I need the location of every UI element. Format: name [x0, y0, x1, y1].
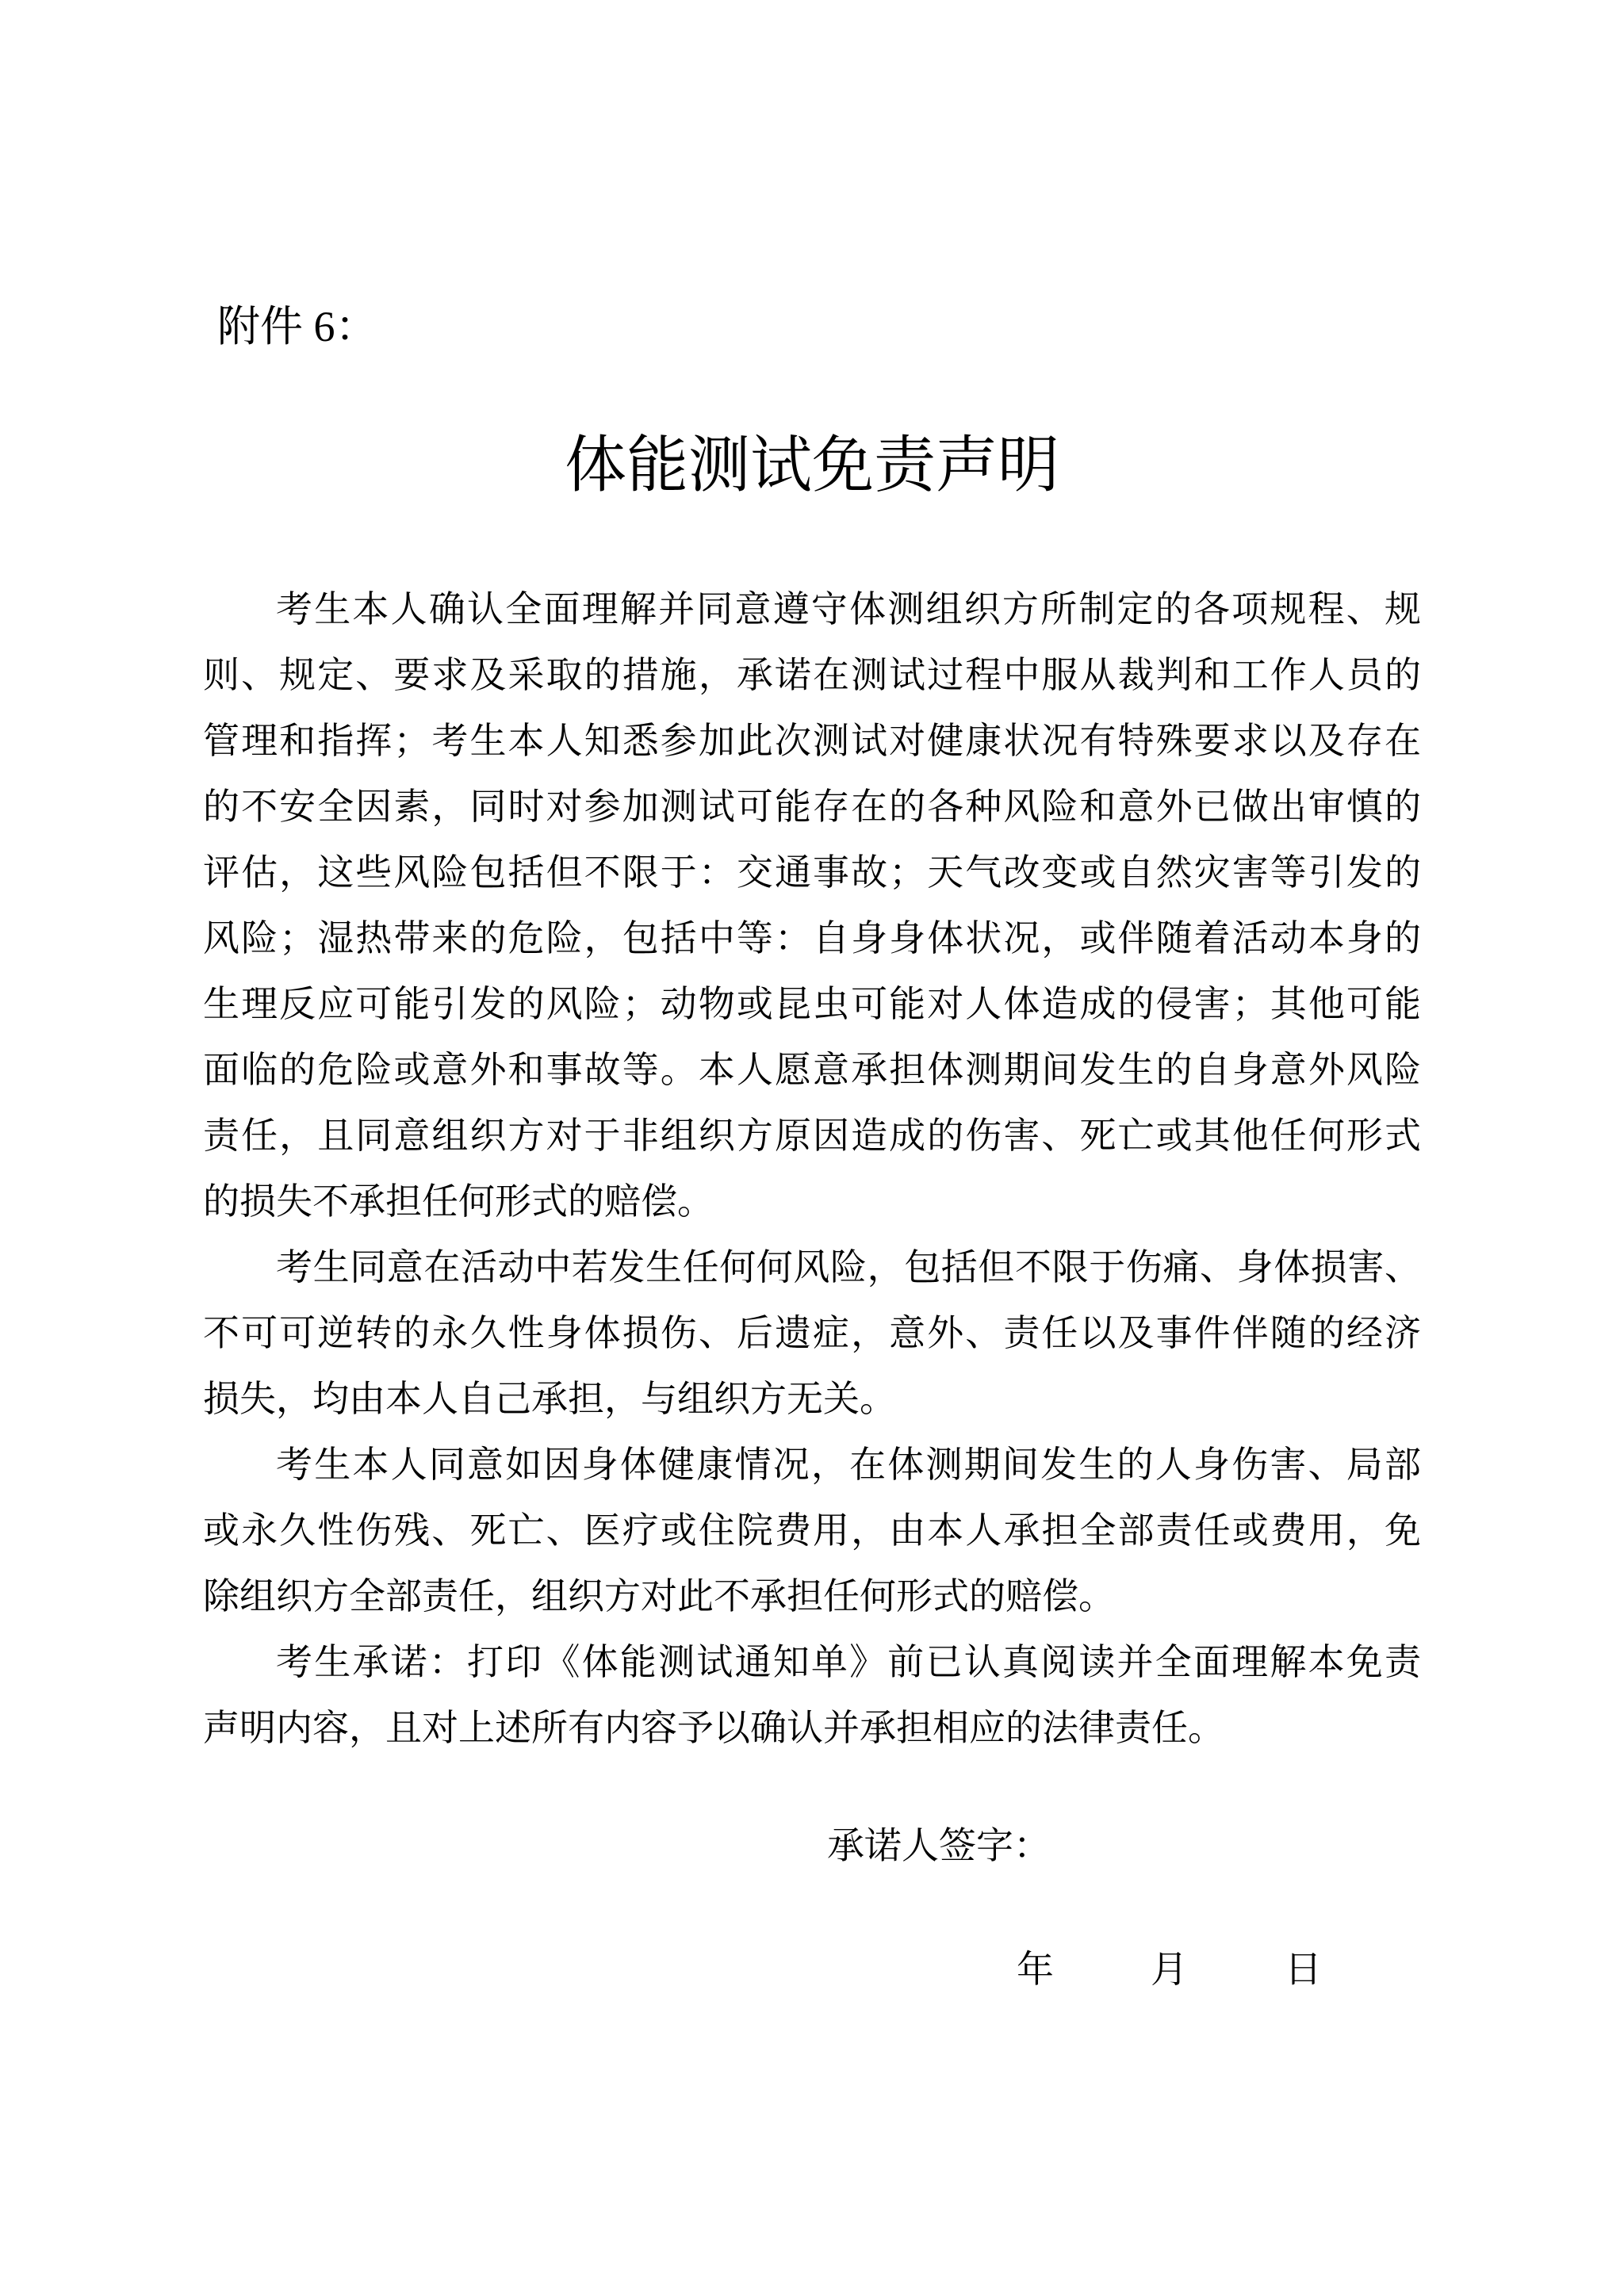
- date-day-label: 日: [1285, 1947, 1322, 1992]
- text-line: 责任，且同意组织方对于非组织方原因造成的伤害、死亡或其他任何形式: [203, 1103, 1421, 1169]
- text-line: 则、规定、要求及采取的措施，承诺在测试过程中服从裁判和工作人员的: [203, 642, 1421, 708]
- text-line: 生理反应可能引发的风险；动物或昆虫可能对人体造成的侵害；其他可能: [203, 971, 1421, 1037]
- text-line: 的损失不承担任何形式的赔偿。: [203, 1169, 1421, 1234]
- text-line: 管理和指挥；考生本人知悉参加此次测试对健康状况有特殊要求以及存在: [203, 708, 1421, 774]
- text-line: 考生本人同意如因身体健康情况，在体测期间发生的人身伤害、局部: [203, 1432, 1421, 1498]
- date-line: 年 月 日: [1017, 1947, 1322, 1992]
- document-page: 附件 6： 体能测试免责声明 考生本人确认全面理解并同意遵守体测组织方所制定的各…: [0, 0, 1624, 2296]
- text-line: 评估，这些风险包括但不限于：交通事故；天气改变或自然灾害等引发的: [203, 840, 1421, 905]
- text-line: 不可可逆转的永久性身体损伤、后遗症，意外、责任以及事件伴随的经济: [203, 1300, 1421, 1366]
- date-month-label: 月: [1151, 1947, 1188, 1992]
- text-line: 声明内容，且对上述所有内容予以确认并承担相应的法律责任。: [203, 1695, 1421, 1761]
- attachment-label: 附件 6：: [217, 304, 378, 350]
- text-line: 面临的危险或意外和事故等。本人愿意承担体测期间发生的自身意外风险: [203, 1037, 1421, 1103]
- text-line: 除组织方全部责任，组织方对此不承担任何形式的赔偿。: [203, 1563, 1421, 1629]
- text-line: 的不安全因素，同时对参加测试可能存在的各种风险和意外已做出审慎的: [203, 774, 1421, 840]
- document-title: 体能测试免责声明: [0, 431, 1624, 499]
- paragraph-risk-acknowledgement: 考生本人确认全面理解并同意遵守体测组织方所制定的各项规程、规则、规定、要求及采取…: [203, 576, 1421, 1234]
- text-line: 风险；湿热带来的危险，包括中等：自身身体状况，或伴随着活动本身的: [203, 905, 1421, 971]
- signature-label: 承诺人签字：: [827, 1823, 1051, 1868]
- text-line: 考生承诺：打印《体能测试通知单》前已认真阅读并全面理解本免责: [203, 1629, 1421, 1695]
- paragraph-risk-self-responsibility: 考生同意在活动中若发生任何何风险，包括但不限于伤痛、身体损害、不可可逆转的永久性…: [203, 1234, 1421, 1432]
- text-line: 考生同意在活动中若发生任何何风险，包括但不限于伤痛、身体损害、: [203, 1234, 1421, 1300]
- document-body: 考生本人确认全面理解并同意遵守体测组织方所制定的各项规程、规则、规定、要求及采取…: [203, 576, 1421, 1761]
- text-line: 考生本人确认全面理解并同意遵守体测组织方所制定的各项规程、规: [203, 576, 1421, 642]
- text-line: 或永久性伤残、死亡、医疗或住院费用，由本人承担全部责任或费用，免: [203, 1498, 1421, 1563]
- text-line: 损失，均由本人自己承担，与组织方无关。: [203, 1366, 1421, 1432]
- paragraph-health-liability-waiver: 考生本人同意如因身体健康情况，在体测期间发生的人身伤害、局部或永久性伤残、死亡、…: [203, 1432, 1421, 1629]
- date-year-label: 年: [1017, 1947, 1054, 1992]
- paragraph-candidate-commitment: 考生承诺：打印《体能测试通知单》前已认真阅读并全面理解本免责声明内容，且对上述所…: [203, 1629, 1421, 1761]
